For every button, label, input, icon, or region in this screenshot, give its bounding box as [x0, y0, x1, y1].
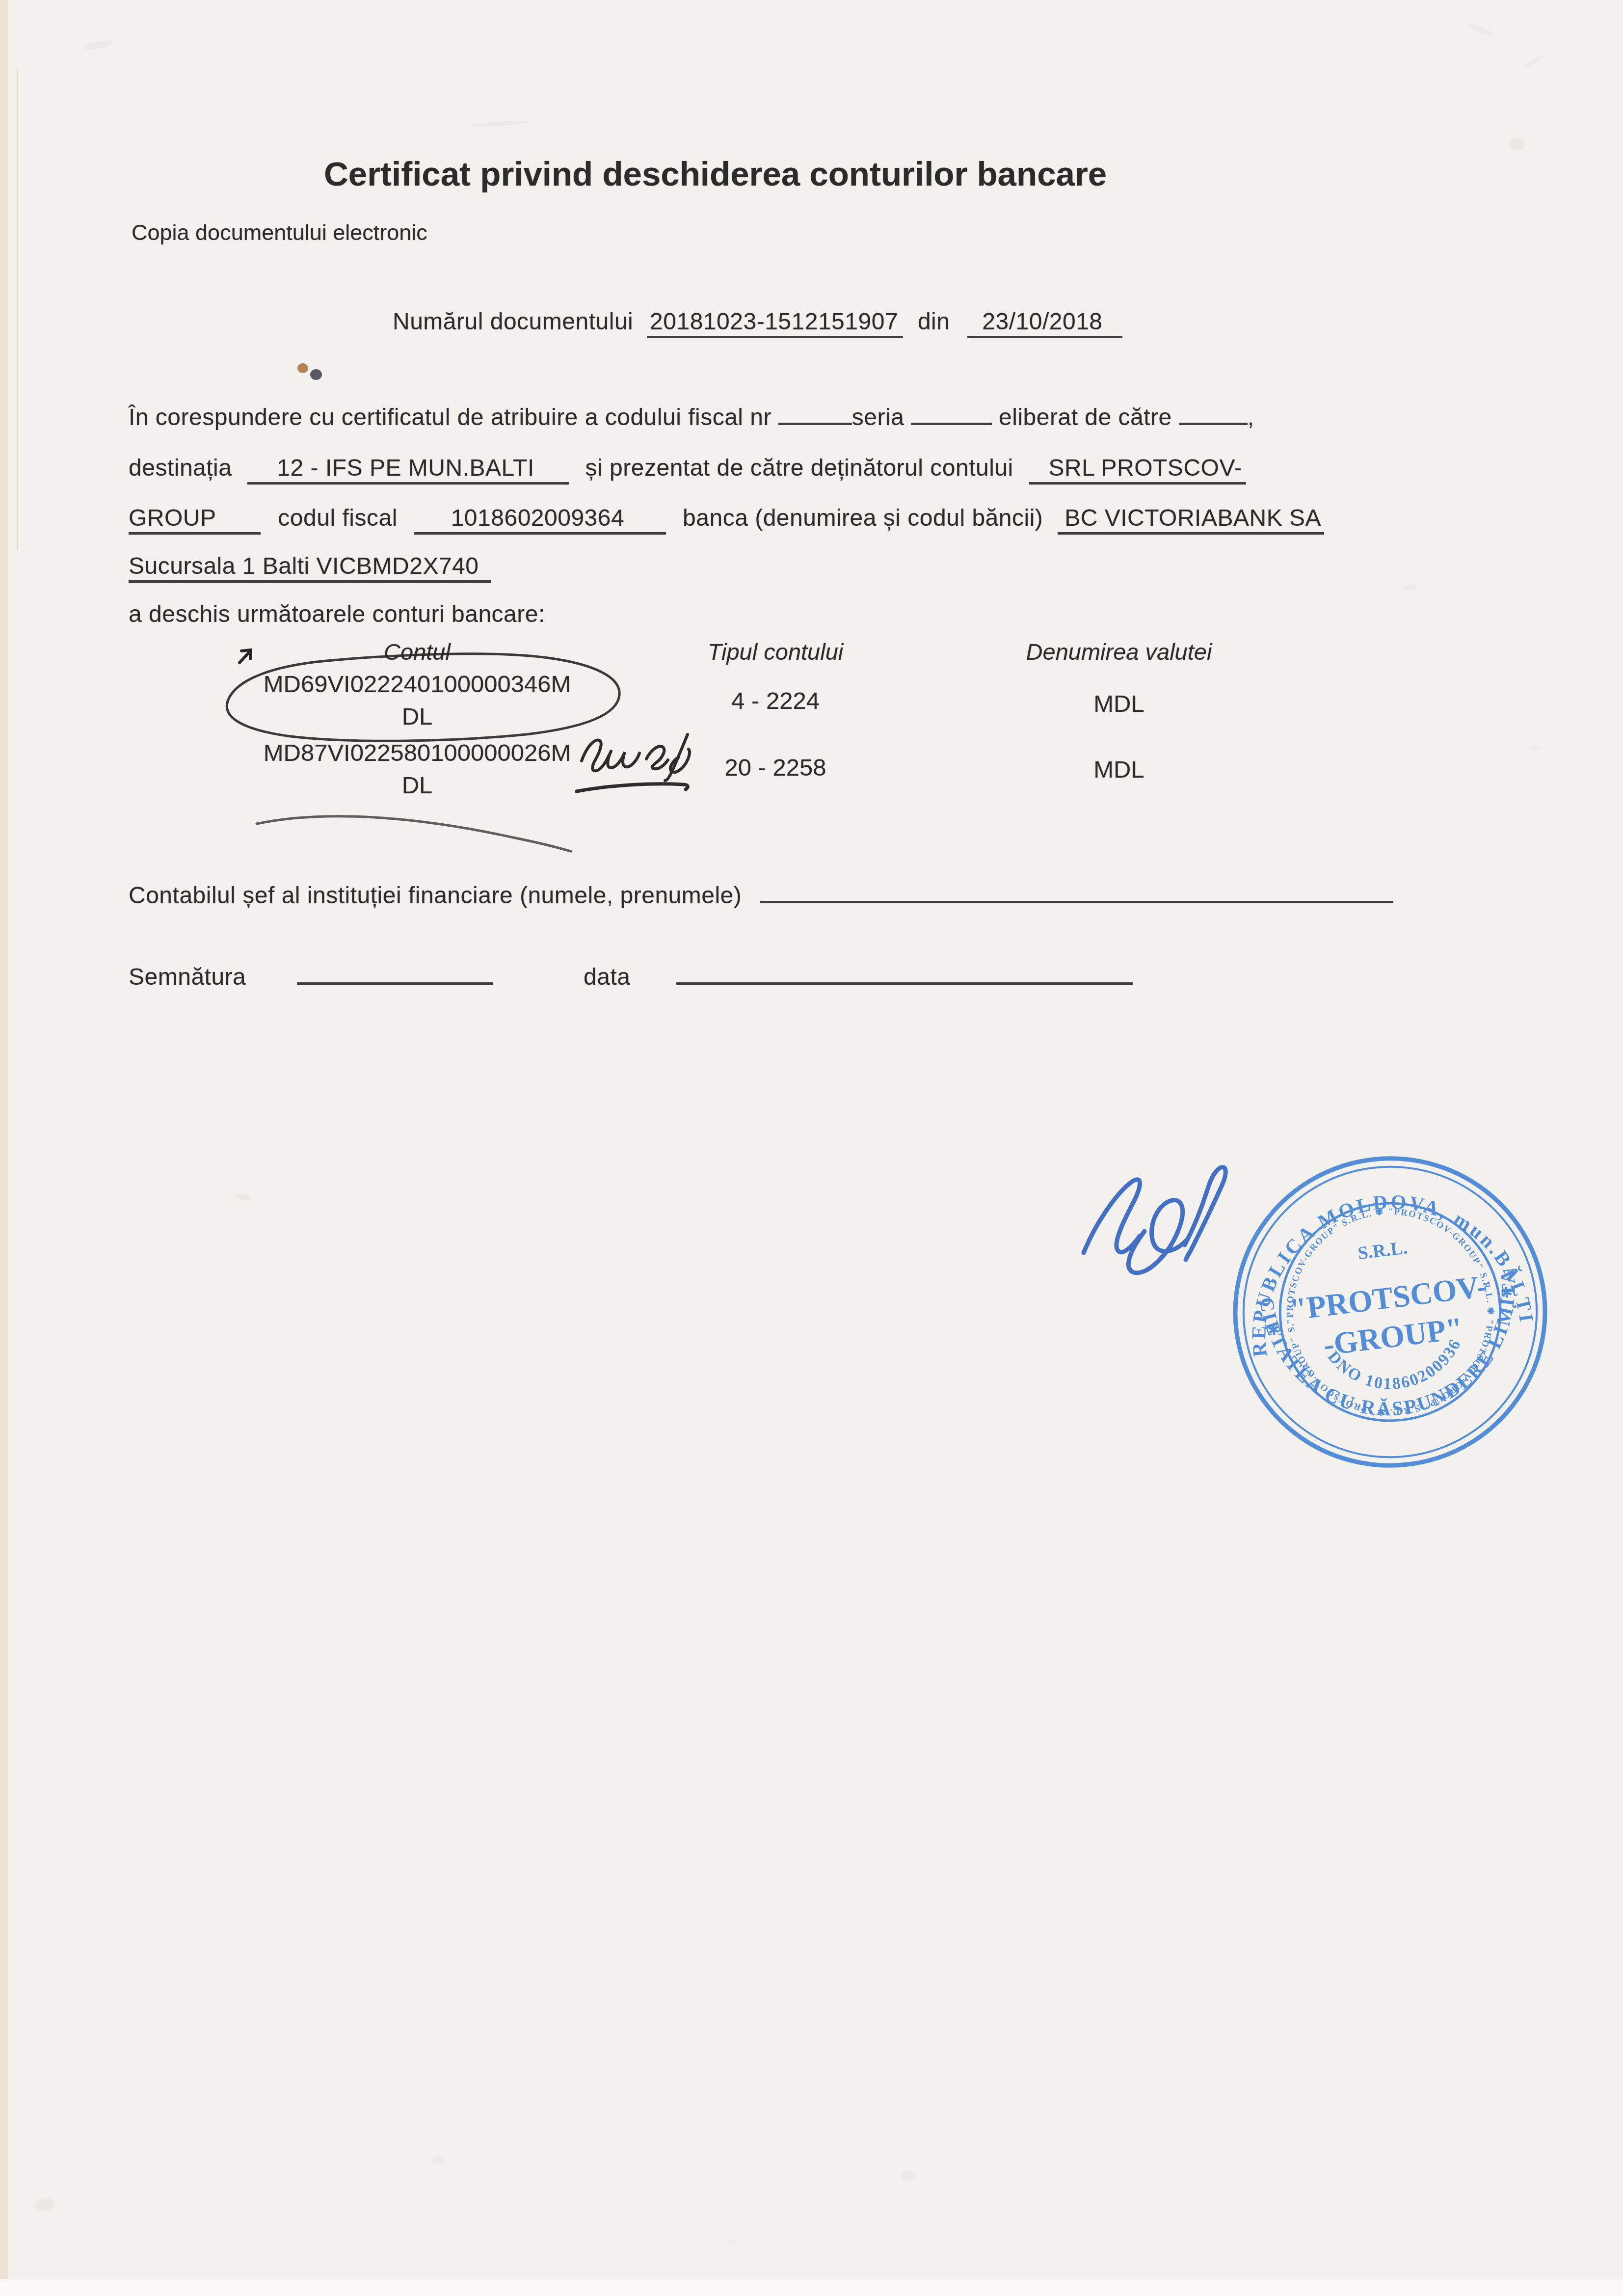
- document-number-din: din: [918, 309, 950, 335]
- accountant-label: Contabilul șef al instituției financiare…: [129, 883, 742, 909]
- paragraph-text: ,: [1248, 405, 1254, 431]
- hand-drawn-oval: [211, 646, 633, 752]
- scan-left-edge: [0, 0, 8, 2296]
- account-holder-value-2: GROUP: [129, 505, 261, 535]
- document-number-label: Numărul documentului: [393, 309, 633, 335]
- date-label: data: [584, 964, 630, 990]
- table-row-account-line2: DL: [211, 772, 623, 799]
- stamp-star-left: ✱: [1267, 1322, 1281, 1339]
- paragraph-text: și prezentat de către deținătorul contul…: [585, 455, 1013, 481]
- paragraph-line-3: GROUP codul fiscal 1018602009364 banca (…: [129, 505, 1324, 532]
- scan-bottom-edge: [0, 2279, 1623, 2296]
- table-header-type: Tipul contului: [653, 638, 898, 665]
- bank-name-value: BC VICTORIABANK SA: [1058, 505, 1324, 535]
- stamp-srl-text: S.R.L.: [1357, 1237, 1409, 1264]
- bank-branch-value: Sucursala 1 Balti VICBMD2X740: [129, 553, 491, 583]
- destination-value: 12 - IFS PE MUN.BALTI: [247, 455, 568, 485]
- paragraph-line-4: Sucursala 1 Balti VICBMD2X740: [129, 553, 491, 580]
- paragraph-line-5: a deschis următoarele conturi bancare:: [129, 601, 545, 628]
- document-subtitle: Copia documentului electronic: [132, 220, 427, 245]
- signature-line: Semnătura data: [129, 961, 1133, 991]
- signature-label: Semnătura: [129, 964, 246, 990]
- paragraph-text: În corespundere cu certificatul de atrib…: [129, 405, 772, 431]
- table-header-currency: Denumirea valutei: [991, 638, 1247, 665]
- paragraph-line-1: În corespundere cu certificatul de atrib…: [129, 402, 1254, 431]
- table-row-type: 4 - 2224: [653, 687, 898, 715]
- document-date-value: 23/10/2018: [967, 309, 1122, 338]
- document-title: Certificat privind deschiderea conturilo…: [324, 155, 1107, 193]
- paragraph-text: seria: [852, 405, 905, 431]
- document-number-line: Numărul documentului 20181023-1512151907…: [393, 308, 1122, 335]
- stamp-star-right: ✱: [1499, 1284, 1514, 1302]
- fiscal-code-value: 1018602009364: [414, 505, 666, 535]
- blank-field: [1179, 402, 1248, 425]
- paragraph-text: a deschis următoarele conturi bancare:: [129, 601, 545, 627]
- blank-field: [911, 402, 992, 425]
- handwritten-annotation: [572, 730, 714, 799]
- paragraph-text: codul fiscal: [278, 505, 397, 531]
- paragraph-line-2: destinația 12 - IFS PE MUN.BALTI și prez…: [129, 455, 1246, 482]
- paragraph-text: eliberat de către: [999, 405, 1172, 431]
- table-row-currency: MDL: [991, 690, 1247, 718]
- paragraph-text: banca (denumirea și codul băncii): [683, 505, 1043, 531]
- hand-drawn-curve: [253, 806, 577, 855]
- account-holder-value: SRL PROTSCOV-: [1029, 455, 1246, 485]
- blank-field: [778, 402, 852, 425]
- table-row-currency: MDL: [991, 756, 1247, 783]
- scanned-certificate-page: Certificat privind deschiderea conturilo…: [0, 0, 1623, 2296]
- date-field: [676, 961, 1133, 985]
- hand-arrow-mark: [239, 650, 250, 663]
- scan-fold-line: [17, 69, 18, 550]
- company-stamp: REPUBLICA MOLDOVA, mun.BĂLȚI SOCIETATEA …: [1211, 1133, 1570, 1491]
- accountant-name-field: [760, 880, 1393, 903]
- paragraph-text: destinația: [129, 455, 232, 481]
- accountant-line: Contabilul șef al instituției financiare…: [129, 880, 1393, 909]
- signature-field: [297, 961, 493, 985]
- document-number-value: 20181023-1512151907: [647, 309, 903, 338]
- handwritten-signature: [1070, 1149, 1237, 1286]
